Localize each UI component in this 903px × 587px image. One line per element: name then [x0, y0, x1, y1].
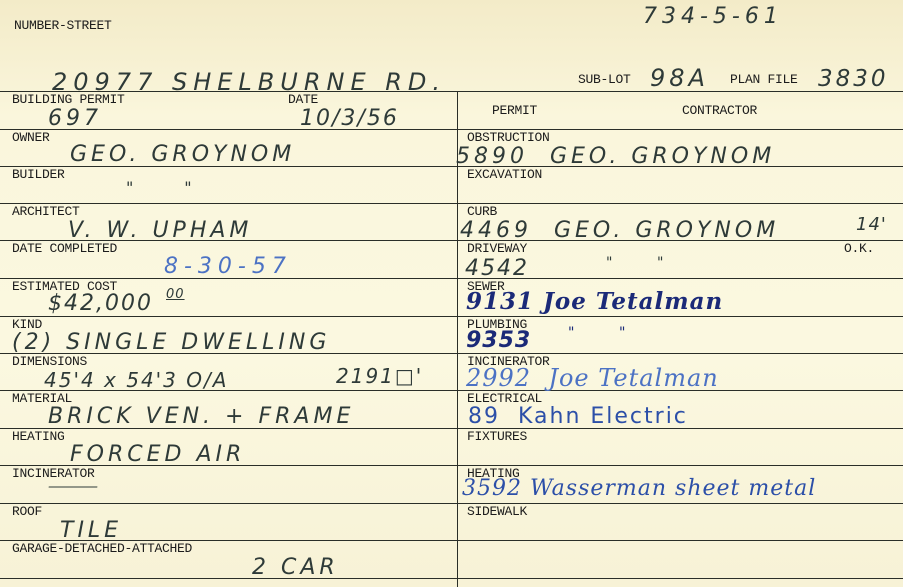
building-permit-value: 697	[48, 108, 102, 130]
sub-lot-label: SUB-LOT	[578, 73, 631, 86]
electrical-value: 89 Kahn Electric	[468, 406, 688, 428]
obstruction-label: OBSTRUCTION	[467, 131, 550, 144]
sub-lot-value: 98A	[650, 66, 709, 90]
rule	[0, 278, 903, 279]
dimensions-label: DIMENSIONS	[12, 355, 87, 368]
number-street-label: NUMBER-STREET	[14, 19, 112, 32]
sidewalk-label: SIDEWALK	[467, 505, 527, 518]
rule	[0, 316, 903, 317]
dimensions-value: 45'4 x 54'3 O/A	[44, 370, 228, 390]
architect-label: ARCHITECT	[12, 205, 80, 218]
builder-value: " "	[126, 180, 192, 196]
heating-permit-value: 3592 Wasserman sheet metal	[462, 478, 816, 500]
owner-value: GEO. GROYNOM	[70, 144, 295, 166]
plan-file-label: PLAN FILE	[730, 73, 798, 86]
material-value: BRICK VEN. + FRAME	[48, 406, 354, 428]
obstruction-value: 5890 GEO. GROYNOM	[456, 146, 775, 168]
plumbing-ditto: " "	[568, 326, 625, 340]
fixtures-label: FIXTURES	[467, 430, 527, 443]
date-completed-label: DATE COMPLETED	[12, 242, 117, 255]
driveway-ditto: " "	[606, 256, 663, 270]
date-completed-value: 8-30-57	[164, 256, 292, 278]
rule	[0, 503, 903, 504]
heating-label: HEATING	[12, 430, 65, 443]
dimensions-area: 2191□'	[336, 366, 423, 386]
incinerator-permit-value: 2992 Joe Tetalman	[466, 366, 719, 390]
curb-note: 14'	[856, 216, 887, 234]
incinerator-value: ————	[48, 480, 96, 494]
excavation-label: EXCAVATION	[467, 168, 542, 181]
driveway-status: O.K.	[844, 242, 874, 255]
plan-file-value: 3830	[818, 68, 889, 91]
builder-label: BUILDER	[12, 168, 65, 181]
building-permit-label: BUILDING PERMIT	[12, 93, 125, 106]
kind-value: (2) SINGLE DWELLING	[12, 332, 330, 354]
estimated-cost-cents: 00	[166, 288, 185, 301]
curb-label: CURB	[467, 205, 497, 218]
date-label: DATE	[288, 93, 318, 106]
file-number: 734-5-61	[643, 6, 783, 28]
address-value: 20977 SHELBURNE RD.	[52, 70, 446, 94]
roof-label: ROOF	[12, 505, 42, 518]
architect-value: V. W. UPHAM	[68, 220, 252, 242]
rule	[0, 203, 903, 204]
rule-header	[0, 129, 903, 130]
roof-value: TILE	[60, 520, 122, 542]
driveway-label: DRIVEWAY	[467, 242, 527, 255]
estimated-cost-value: $42,000	[48, 293, 153, 315]
garage-label: GARAGE-DETACHED-ATTACHED	[12, 542, 192, 555]
driveway-value: 4542	[465, 258, 529, 280]
sewer-value: 9131 Joe Tetalman	[466, 290, 723, 313]
rule-bottom	[0, 578, 903, 579]
permit-header: PERMIT	[492, 104, 537, 117]
plumbing-value: 9353	[466, 330, 531, 352]
heating-value: FORCED AIR	[70, 444, 245, 466]
date-value: 10/3/56	[300, 108, 399, 130]
owner-label: OWNER	[12, 131, 50, 144]
permit-card: 734-5-61 NUMBER-STREET 20977 SHELBURNE R…	[0, 0, 903, 587]
curb-value: 4469 GEO. GROYNOM	[460, 220, 779, 242]
garage-value: 2 CAR	[252, 557, 339, 579]
contractor-header: CONTRACTOR	[682, 104, 757, 117]
